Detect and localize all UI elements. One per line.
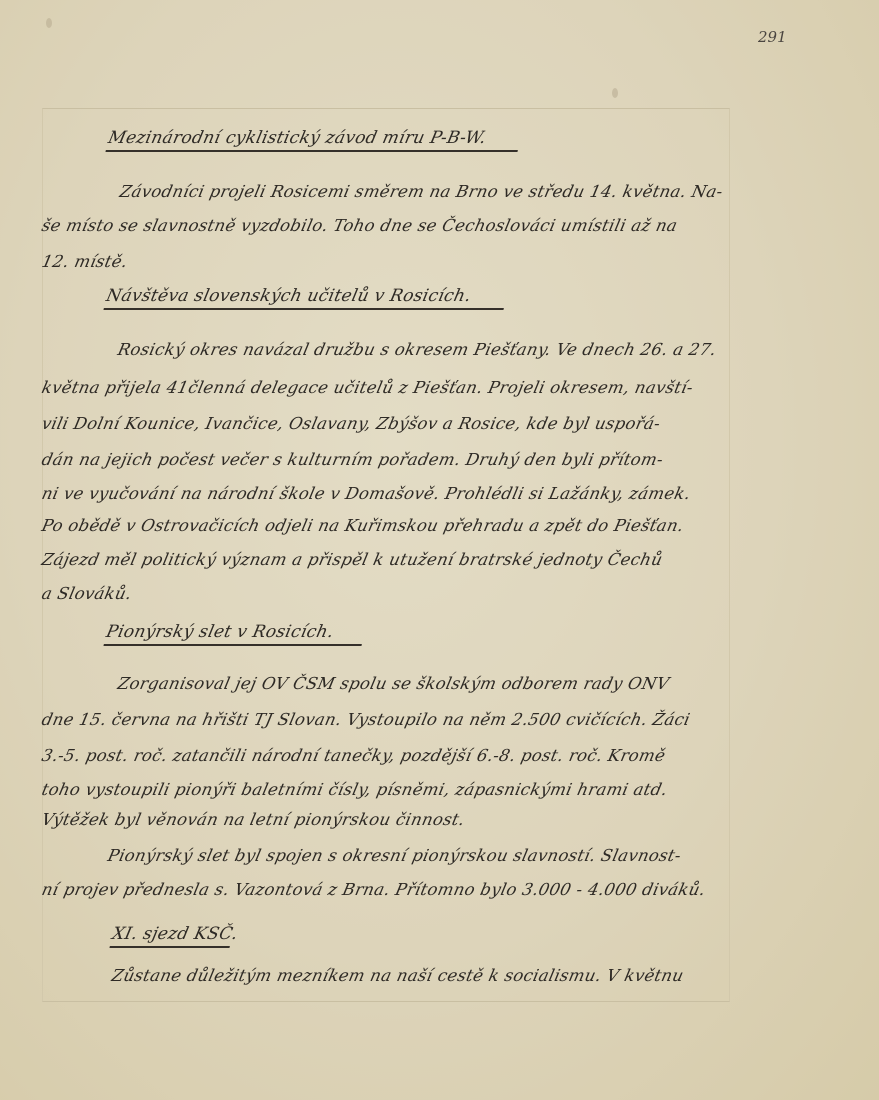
text-line: Zorganisoval jej OV ČSM spolu se školský…: [116, 674, 671, 693]
text-line: 3.-5. post. roč. zatančili národní taneč…: [40, 746, 667, 765]
section-heading-teachers-visit: Návštěva slovenských učitelů v Rosicích.: [103, 286, 508, 310]
text-line: vili Dolní Kounice, Ivančice, Oslavany, …: [40, 414, 662, 433]
section-heading-cycling-race: Mezinárodní cyklistický závod míru P-B-W…: [105, 128, 522, 152]
ink-blot: [612, 88, 618, 98]
text-line: Závodníci projeli Rosicemi směrem na Brn…: [118, 182, 725, 201]
page-number: 291: [758, 28, 787, 46]
ink-blot: [46, 18, 52, 28]
text-line: dne 15. června na hřišti TJ Slovan. Vyst…: [40, 710, 692, 729]
text-line: Pionýrský slet byl spojen s okresní pion…: [106, 846, 683, 865]
text-line: ní projev přednesla s. Vazontová z Brna.…: [40, 880, 707, 899]
text-line: Výtěžek byl věnován na letní pionýrskou …: [40, 810, 467, 829]
text-line: května přijela 41členná delegace učitelů…: [40, 378, 695, 397]
text-line: Rosický okres navázal družbu s okresem P…: [116, 340, 718, 359]
text-line: dán na jejich počest večer s kulturním p…: [40, 450, 665, 469]
text-line: a Slováků.: [40, 584, 134, 603]
section-heading-pioneer-rally: Pionýrský slet v Rosicích.: [103, 622, 366, 646]
text-line: še místo se slavnostně vyzdobilo. Toho d…: [40, 216, 679, 235]
text-line: Po obědě v Ostrovačicích odjeli na Kuřim…: [40, 516, 686, 535]
text-line: Zůstane důležitým mezníkem na naší cestě…: [110, 966, 686, 985]
text-line: ni ve vyučování na národní škole v Domaš…: [40, 484, 692, 503]
text-line: 12. místě.: [40, 252, 130, 271]
text-line: toho vystoupili pionýři baletními čísly,…: [40, 780, 669, 799]
section-heading-party-congress: XI. sjezd KSČ.: [109, 924, 234, 948]
text-line: Zájezd měl politický význam a přispěl k …: [40, 550, 664, 569]
